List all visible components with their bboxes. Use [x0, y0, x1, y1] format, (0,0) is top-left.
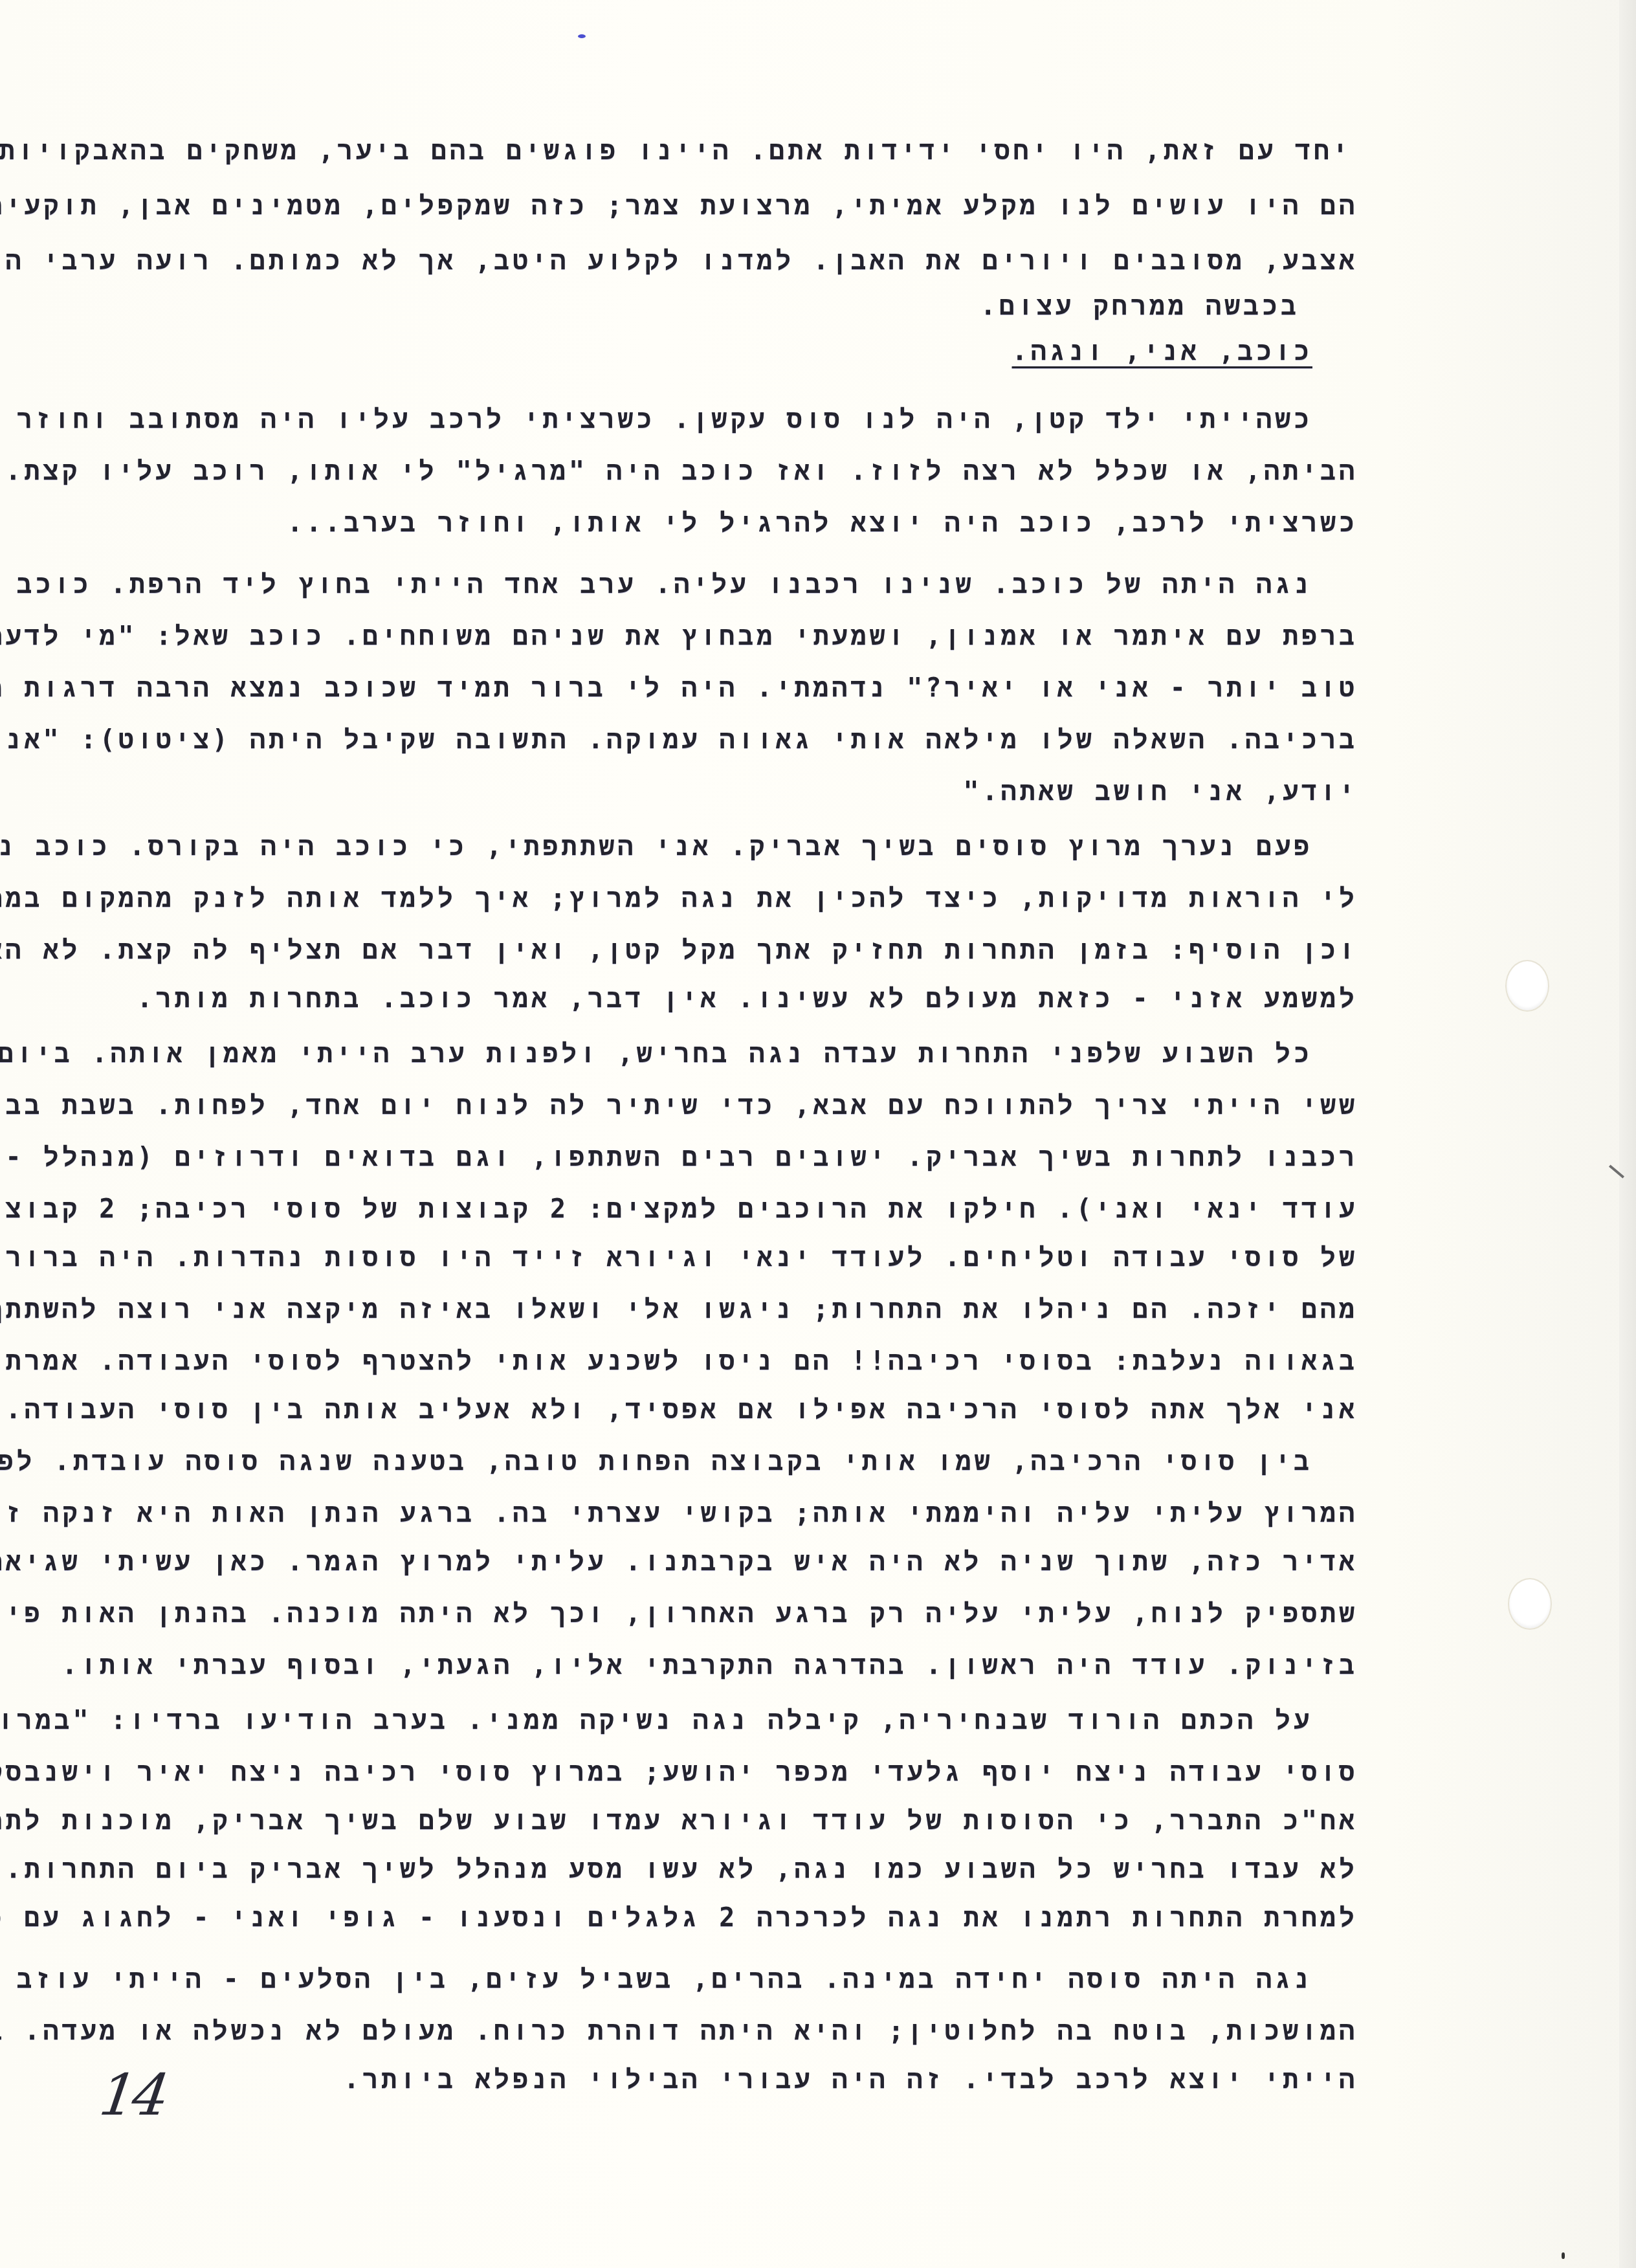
text-line: ברכיבה. השאלה שלו מילאה אותי גאווה עמוקה…	[0, 722, 1358, 758]
text-line: למשמע אזני - כזאת מעולם לא עשינו. אין דב…	[137, 981, 1358, 1017]
text-line: וכן הוסיף: בזמן התחרות תחזיק אתך מקל קטן…	[0, 932, 1358, 968]
text-line: סוסי עבודה ניצח יוסף גלעדי מכפר יהושע; ב…	[0, 1754, 1358, 1790]
text-line: למחרת התחרות רתמנו את נגה לכרכרה 2 גלגלי…	[0, 1900, 1358, 1936]
text-line: נגה היתה של כוכב. שנינו רכבנו עליה. ערב …	[0, 566, 1312, 603]
text-line: הייתי יוצא לרכב לבדי. זה היה עבורי הבילו…	[344, 2062, 1358, 2098]
text-line: בזינוק. עודד היה ראשון. בהדרגה התקרבתי א…	[62, 1647, 1358, 1684]
text-line: בגאווה נעלבת: בסוסי רכיבה!! הם ניסו לשכנ…	[0, 1343, 1358, 1379]
text-line: רכבנו לתחרות בשיך אבריק. ישובים רבים השת…	[0, 1139, 1358, 1175]
ink-dot	[1562, 2252, 1565, 2259]
text-line: לא עבדו בחריש כל השבוע כמו נגה, לא עשו מ…	[5, 1851, 1358, 1887]
text-line: נגה היתה סוסה יחידה במינה. בהרים, בשביל …	[0, 1961, 1312, 1997]
text-line: אצבע, מסובבים ויורים את האבן. למדנו לקלו…	[0, 243, 1358, 279]
text-line: לי הוראות מדויקות, כיצד להכין את נגה למר…	[0, 880, 1358, 917]
text-line: בכבשה ממרחק עצום.	[980, 288, 1299, 324]
text-line: אדיר כזה, שתוך שניה לא היה איש בקרבתנו. …	[0, 1544, 1358, 1580]
text-line: כל השבוע שלפני התחרות עבדה נגה בחריש, ול…	[0, 1036, 1312, 1072]
text-line: כשרציתי לרכב, כוכב היה יוצא להרגיל לי או…	[287, 505, 1358, 541]
text-line: על הכתם הורוד שבנחיריה, קיבלה נגה נשיקה …	[0, 1702, 1312, 1739]
text-line: הם היו עושים לנו מקלע אמיתי, מרצועת צמר;…	[0, 188, 1358, 224]
text-line: בין סוסי הרכיבה, שמו אותי בקבוצה הפחות ט…	[0, 1443, 1312, 1480]
punch-hole	[1508, 1578, 1552, 1630]
text-line: אני אלך אתה לסוסי הרכיבה אפילו אם אפסיד,…	[6, 1392, 1358, 1428]
text-line: שתספיק לנוח, עליתי עליה רק ברגע האחרון, …	[0, 1595, 1358, 1632]
text-line: ששי הייתי צריך להתווכח עם אבא, כדי שיתיר…	[0, 1087, 1358, 1124]
page-edge-shadow	[1619, 0, 1636, 2268]
text-line: יחד עם זאת, היו יחסי ידידות אתם. היינו פ…	[0, 133, 1351, 169]
text-line: המרוץ עליתי עליה והיממתי אותה; בקושי עצר…	[0, 1495, 1358, 1531]
text-line: הביתה, או שכלל לא רצה לזוז. ואז כוכב היה…	[0, 453, 1358, 489]
text-line: מהם יזכה. הם ניהלו את התחרות; ניגשו אלי …	[0, 1291, 1358, 1328]
text-line: טוב יותר - אני או יאיר?" נדהמתי. היה לי …	[0, 670, 1358, 706]
text-line: של סוסי עבודה וטליחים. לעודד ינאי וגיורא…	[0, 1240, 1358, 1276]
text-line: יודע, אני חושב שאתה."	[963, 773, 1358, 810]
text-line: אח"כ התברר, כי הסוסות של עודד וגיורא עמד…	[0, 1803, 1358, 1839]
punch-hole	[1505, 960, 1549, 1012]
text-line: ברפת עם איתמר או אמנון, ושמעתי מבחוץ את …	[0, 618, 1358, 654]
text-line: פעם נערך מרוץ סוסים בשיך אבריק. אני השתת…	[0, 828, 1312, 865]
page-number: 14	[96, 2062, 170, 2128]
text-line: כשהייתי ילד קטן, היה לנו סוס עקשן. כשרצי…	[17, 401, 1312, 438]
text-line: עודד ינאי ואני). חילקו את הרוכבים למקצים…	[0, 1191, 1358, 1227]
section-heading: כוכב, אני, ונגה.	[1012, 333, 1312, 370]
ink-mark	[578, 34, 586, 38]
text-line: המושכות, בוטח בה לחלוטין; והיא היתה דוהר…	[0, 2013, 1358, 2049]
